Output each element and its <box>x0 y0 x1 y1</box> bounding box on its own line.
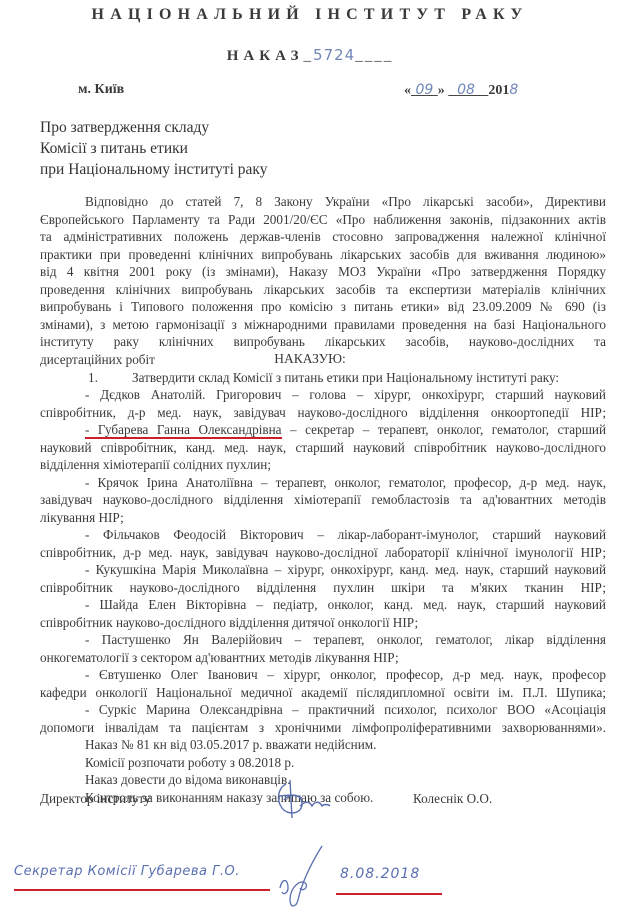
preamble-line: випробувань і Типового положення про ком… <box>40 298 606 316</box>
signatory-position: Директор інституту <box>40 791 151 807</box>
member-entry-line: кафедри онкології Національної медичної … <box>40 684 606 702</box>
member-entry-first-line: - Губарева Ганна Олександрівна – секрета… <box>85 421 606 439</box>
closing-line: Наказ довести до відома виконавців. <box>85 771 291 789</box>
member-entry-line: - Фільчаков Феодосій Вікторович – лікар-… <box>85 526 606 544</box>
item-number: 1. <box>88 369 98 387</box>
date-month: 08 <box>448 82 488 98</box>
signatory-name: Колеснік О.О. <box>413 791 492 807</box>
date-year-prefix: 201 <box>488 83 509 98</box>
preamble-line: Відповідно до статей 7, 8 Закону України… <box>85 193 606 211</box>
preamble-line: від 4 квітня 2001 року (із змінами), Нак… <box>40 263 606 281</box>
member-entry-line: співробітник, д-р мед. наук, завідувач н… <box>40 404 606 422</box>
preamble-line: проведення клінічних випробувань лікарсь… <box>40 281 606 299</box>
order-label: НАКАЗ <box>227 48 304 64</box>
order-date: « 09 » 08 2018 <box>404 82 518 99</box>
city: м. Київ <box>78 82 124 98</box>
member-entry-line: співробітник науково-дослідного відділен… <box>40 579 606 597</box>
order-heading: НАКАЗУЮ: <box>0 351 620 367</box>
member-entry-line: - Євтушенко Олег Іванович – хірург, онко… <box>85 666 606 684</box>
preamble-line: змінами), з метою гармонізації з міжнаро… <box>40 316 606 334</box>
order-subject: Про затвердження складу Комісії з питань… <box>40 117 267 180</box>
order-title: НАКАЗ_5724____ <box>0 46 620 65</box>
member-entry-line: онкогематології з сектором ад'ювантних м… <box>40 649 399 667</box>
preamble-line: Європейського Парламенту та Ради 2001/20… <box>40 211 606 229</box>
handwritten-secretary-note: Секретар Комісії Губарева Г.О. <box>14 864 240 879</box>
member-entry-line: - Пастушенко Ян Валерійович – терапевт, … <box>85 631 606 649</box>
date-quote-open: « <box>404 83 411 98</box>
handwritten-date: 8.08.2018 <box>340 866 420 882</box>
order-number: 5724 <box>313 46 355 64</box>
preamble-line: практики при проведенні клінічних випроб… <box>40 246 606 264</box>
red-underline <box>336 893 442 895</box>
preamble-line: інституту раку клінічних випробувань лік… <box>40 333 606 351</box>
member-entry-line: - Суркіс Марина Олександрівна – практичн… <box>85 701 606 719</box>
member-entry-line: співробітник науково-дослідного відділен… <box>40 614 418 632</box>
closing-line: Комісії розпочати роботу з 08.2018 р. <box>85 754 294 772</box>
member-entry-line: завідувач науково-дослідного відділення … <box>40 491 606 509</box>
date-year-digit: 8 <box>509 82 518 98</box>
date-day: 09 <box>411 82 438 98</box>
member-entry-line: - Крячок Ірина Анатоліївна – терапевт, о… <box>85 474 606 492</box>
director-signature-icon <box>272 778 332 826</box>
institute-title: НАЦІОНАЛЬНИЙ ІНСТИТУТ РАКУ <box>0 6 620 24</box>
member-role: – секретар – терапевт, онколог, гематоло… <box>282 422 606 437</box>
subject-line: Комісії з питань етики <box>40 138 267 159</box>
subject-line: Про затвердження складу <box>40 117 267 138</box>
subject-line: при Національному інституті раку <box>40 159 267 180</box>
member-entry-line: лікування НІР; <box>40 509 124 527</box>
date-quote-close: » <box>438 83 445 98</box>
member-entry-line: - Кукушкіна Марія Миколаївна – хірург, о… <box>85 561 606 579</box>
member-entry-line: відділення хіміотерапії солідних пухлин; <box>40 456 271 474</box>
red-underline <box>14 889 270 891</box>
member-name-highlighted: - Губарева Ганна Олександрівна <box>85 422 282 439</box>
member-entry-line: науковий співробітник, канд. мед. наук, … <box>40 439 606 457</box>
item-text: Затвердити склад Комісії з питань етики … <box>132 369 559 387</box>
member-entry-line: - Шайда Елен Вікторівна – педіатр, онкол… <box>85 596 606 614</box>
member-entry-line: допомоги інвалідам та пацієнтам з хроніч… <box>40 719 606 737</box>
preamble-line: та адміністративних положень держав-член… <box>40 228 606 246</box>
secretary-signature-icon <box>272 842 328 912</box>
member-entry-line: співробітник, д-р мед. наук, завідувач н… <box>40 544 606 562</box>
closing-line: Наказ № 81 кн від 03.05.2017 р. вважати … <box>85 736 376 754</box>
member-entry-line: - Дєдков Анатолій. Григорович – голова –… <box>85 386 606 404</box>
